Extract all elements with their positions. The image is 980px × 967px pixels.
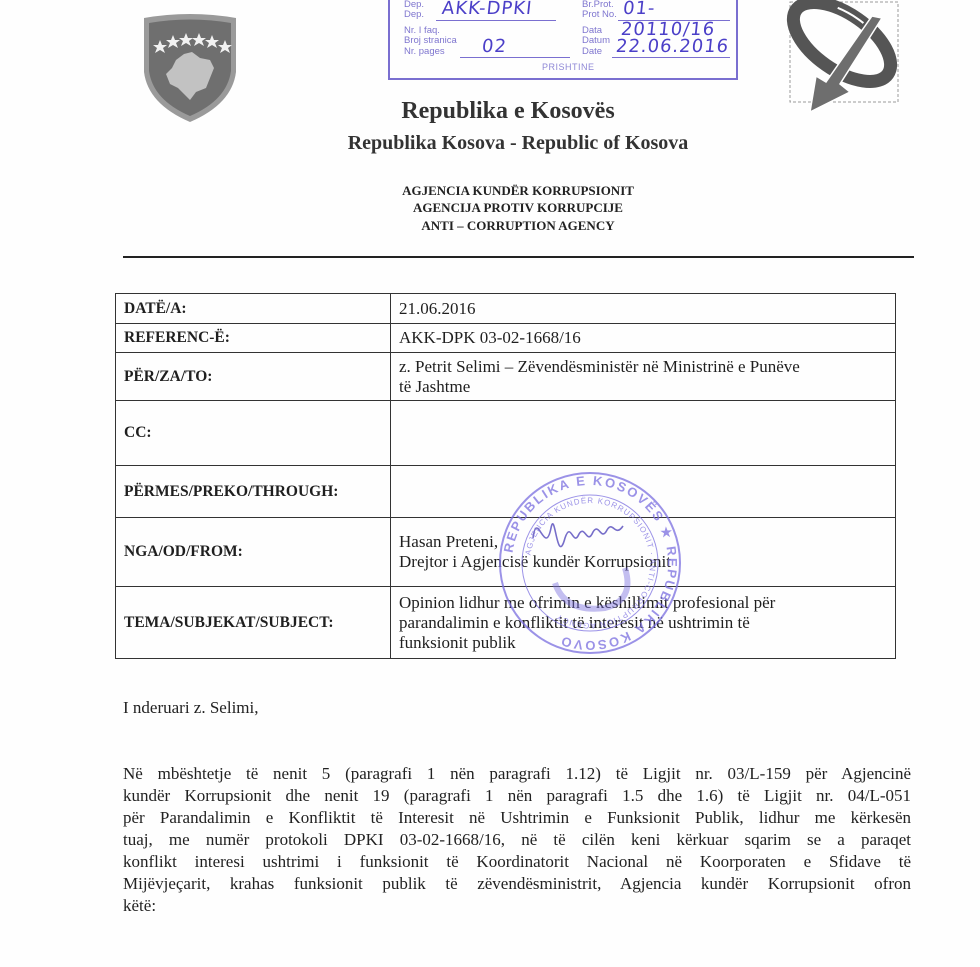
stamp-city: PRISHTINE bbox=[542, 62, 595, 72]
agency-name-sr: AGENCIJA PROTIV KORRUPCIJE bbox=[0, 200, 980, 216]
from-label: NGA/OD/FROM: bbox=[116, 518, 391, 587]
subject-value: Opinion lidhur me ofrimin e këshillimit … bbox=[391, 587, 896, 659]
through-value bbox=[391, 466, 896, 518]
stamp-date-label: Datum bbox=[582, 36, 610, 46]
to-line: të Jashtme bbox=[399, 377, 887, 397]
paragraph-line: kundër Korrupsionit dhe nenit 19 (paragr… bbox=[123, 785, 911, 807]
memo-row-through: PËRMES/PREKO/THROUGH: bbox=[116, 466, 896, 518]
stamp-pages-value: 02 bbox=[481, 36, 508, 57]
registry-stamp: Dep. Dep. AKK-DPKI Nr. I faq. Broj stran… bbox=[388, 0, 738, 80]
to-line: z. Petrit Selimi – Zëvendësministër në M… bbox=[399, 357, 887, 377]
from-line: Hasan Preteni, bbox=[399, 532, 887, 552]
memo-row-reference: REFERENC-Ë: AKK-DPK 03-02-1668/16 bbox=[116, 324, 896, 353]
paragraph-line: këtë: bbox=[123, 895, 911, 917]
memo-row-from: NGA/OD/FROM: Hasan Preteni, Drejtor i Ag… bbox=[116, 518, 896, 587]
subject-label: TEMA/SUBJEKAT/SUBJECT: bbox=[116, 587, 391, 659]
reference-value: AKK-DPK 03-02-1668/16 bbox=[391, 324, 896, 353]
stamp-pages-label: Broj stranica bbox=[404, 36, 457, 46]
from-line: Drejtor i Agjencisë kundër Korrupsionit bbox=[399, 552, 887, 572]
paragraph-line: konflikt interesi ushtrimi i funksionit … bbox=[123, 851, 911, 873]
to-label: PËR/ZA/TO: bbox=[116, 353, 391, 401]
memo-row-date: DATË/A: 21.06.2016 bbox=[116, 294, 896, 324]
memo-header-table: DATË/A: 21.06.2016 REFERENC-Ë: AKK-DPK 0… bbox=[115, 293, 896, 659]
country-subtitle: Republika Kosova - Republic of Kosova bbox=[0, 132, 980, 155]
stamp-pages-label: Nr. pages bbox=[404, 47, 445, 57]
memo-row-cc: CC: bbox=[116, 401, 896, 466]
stamp-prot-label: Prot No. bbox=[582, 10, 617, 20]
agency-name-sq: AGJENCIA KUNDËR KORRUPSIONIT bbox=[0, 183, 980, 199]
date-label: DATË/A: bbox=[116, 294, 391, 324]
from-value: Hasan Preteni, Drejtor i Agjencisë kundë… bbox=[391, 518, 896, 587]
stamp-date-label: Date bbox=[582, 47, 602, 57]
paragraph-line: Mijëvjeçarit, krahas funksionit publik t… bbox=[123, 873, 911, 895]
country-title: Republika e Kosovës bbox=[0, 98, 980, 125]
stamp-dep-value: AKK-DPKI bbox=[441, 0, 534, 19]
agency-name-en: ANTI – CORRUPTION AGENCY bbox=[0, 218, 980, 234]
subject-line: funksionit publik bbox=[399, 633, 887, 653]
memo-row-subject: TEMA/SUBJEKAT/SUBJECT: Opinion lidhur me… bbox=[116, 587, 896, 659]
paragraph-line: Në mbështetje të nenit 5 (paragrafi 1 në… bbox=[123, 763, 911, 785]
to-value: z. Petrit Selimi – Zëvendësministër në M… bbox=[391, 353, 896, 401]
header-divider bbox=[123, 256, 914, 258]
reference-label: REFERENC-Ë: bbox=[116, 324, 391, 353]
stamp-date-value: 22.06.2016 bbox=[615, 36, 730, 57]
date-value: 21.06.2016 bbox=[391, 294, 896, 324]
subject-line: Opinion lidhur me ofrimin e këshillimit … bbox=[399, 593, 887, 613]
memo-row-to: PËR/ZA/TO: z. Petrit Selimi – Zëvendësmi… bbox=[116, 353, 896, 401]
stamp-dep-label: Dep. bbox=[404, 10, 424, 20]
paragraph-line: tuaj, me numër protokoli DPKI 03-02-1668… bbox=[123, 829, 911, 851]
salutation: I nderuari z. Selimi, bbox=[123, 697, 911, 719]
subject-line: parandalimin e konfliktit të interesit n… bbox=[399, 613, 887, 633]
cc-value bbox=[391, 401, 896, 466]
through-label: PËRMES/PREKO/THROUGH: bbox=[116, 466, 391, 518]
cc-label: CC: bbox=[116, 401, 391, 466]
paragraph-line: për Parandalimin e Konfliktit të Interes… bbox=[123, 807, 911, 829]
letter-paragraph: Në mbështetje të nenit 5 (paragrafi 1 në… bbox=[123, 763, 911, 917]
